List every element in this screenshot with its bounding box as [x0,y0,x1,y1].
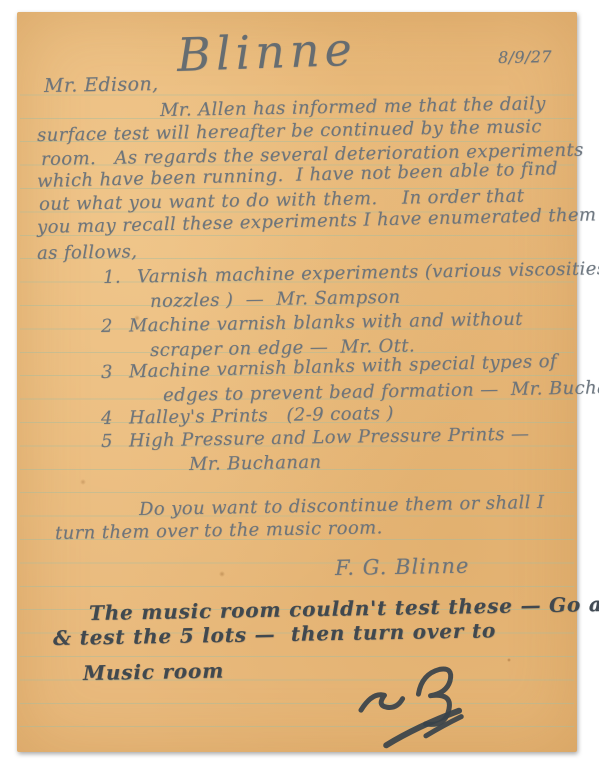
letter-paper: Blinne 8/9/27 Mr. Edison, Mr. Allen has … [17,12,577,752]
list-item-text: Mr. Buchanan [189,452,322,475]
tae-monogram-signature [345,657,498,762]
list-item-number: 3 [101,362,113,383]
question-line: turn them over to the music room. [55,517,383,544]
list-item-number: 2 [101,316,113,337]
question-line: Do you want to discontinue them or shall… [139,492,545,520]
memo-date: 8/9/27 [498,47,552,67]
list-item: 4Halley's Prints (2-9 coats ) [101,403,394,429]
sender-signature: F. G. Blinne [335,554,470,580]
list-item: 2Machine varnish blanks with and without [101,309,523,337]
list-item-number: 4 [101,408,113,429]
list-item-text: High Pressure and Low Pressure Prints — [129,424,530,452]
scanned-memo: Blinne 8/9/27 Mr. Edison, Mr. Allen has … [0,0,599,771]
list-item-text: Machine varnish blanks with and without [129,309,523,337]
list-item-text: Varnish machine experiments (various vis… [137,258,599,288]
list-item: 1.Varnish machine experiments (various v… [103,258,599,288]
list-item-text: Halley's Prints (2-9 coats ) [129,403,394,429]
list-item-text: edges to prevent bead formation — Mr. Bu… [163,377,599,406]
list-item-number: 5 [101,431,113,452]
memo-header-name: Blinne [176,22,357,82]
list-item-number: 1. [103,267,121,288]
salutation: Mr. Edison, [44,73,159,97]
body-line: as follows, [37,241,138,264]
list-item-text: nozzles ) — Mr. Sampson [150,287,401,312]
edison-annotation-line: The music room couldn't test these — Go … [89,591,599,625]
edison-annotation-line: Music room [83,659,224,685]
